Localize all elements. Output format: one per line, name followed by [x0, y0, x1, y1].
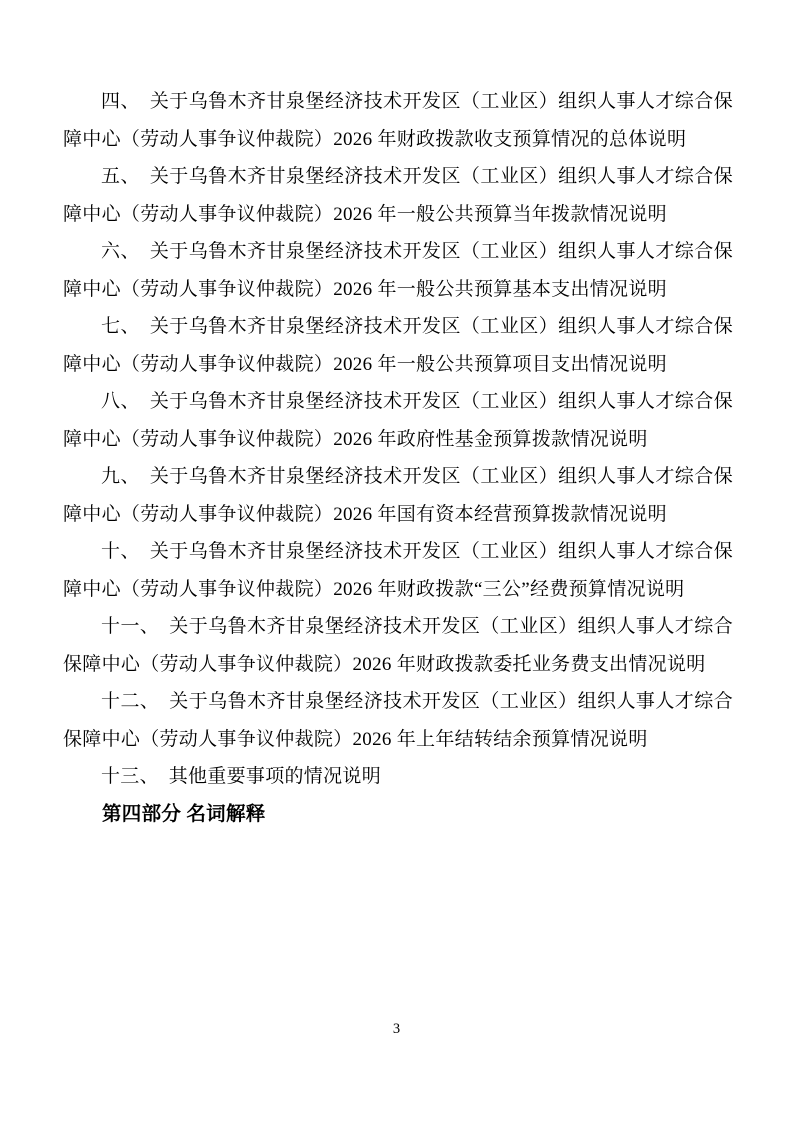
table-of-contents: 四、 关于乌鲁木齐甘泉堡经济技术开发区（工业区）组织人事人才综合保障中心（劳动人… [63, 83, 733, 833]
toc-line: 障中心（劳动人事争议仲裁院）2026 年一般公共预算当年拨款情况说明 [63, 196, 733, 234]
toc-line: 保障中心（劳动人事争议仲裁院）2026 年上年结转结余预算情况说明 [63, 721, 733, 759]
toc-line: 障中心（劳动人事争议仲裁院）2026 年一般公共预算基本支出情况说明 [63, 271, 733, 309]
toc-line: 四、 关于乌鲁木齐甘泉堡经济技术开发区（工业区）组织人事人才综合保 [63, 83, 733, 121]
toc-line: 保障中心（劳动人事争议仲裁院）2026 年财政拨款委托业务费支出情况说明 [63, 646, 733, 684]
toc-line: 八、 关于乌鲁木齐甘泉堡经济技术开发区（工业区）组织人事人才综合保 [63, 383, 733, 421]
toc-line: 十一、 关于乌鲁木齐甘泉堡经济技术开发区（工业区）组织人事人才综合 [63, 608, 733, 646]
toc-line: 十二、 关于乌鲁木齐甘泉堡经济技术开发区（工业区）组织人事人才综合 [63, 683, 733, 721]
document-page: 四、 关于乌鲁木齐甘泉堡经济技术开发区（工业区）组织人事人才综合保障中心（劳动人… [0, 0, 793, 1122]
toc-line: 九、 关于乌鲁木齐甘泉堡经济技术开发区（工业区）组织人事人才综合保 [63, 458, 733, 496]
toc-line: 十、 关于乌鲁木齐甘泉堡经济技术开发区（工业区）组织人事人才综合保 [63, 533, 733, 571]
page-footer: 3 [0, 1019, 793, 1039]
toc-line: 六、 关于乌鲁木齐甘泉堡经济技术开发区（工业区）组织人事人才综合保 [63, 233, 733, 271]
toc-line: 十三、 其他重要事项的情况说明 [63, 758, 733, 796]
toc-line: 障中心（劳动人事争议仲裁院）2026 年一般公共预算项目支出情况说明 [63, 346, 733, 384]
toc-line: 七、 关于乌鲁木齐甘泉堡经济技术开发区（工业区）组织人事人才综合保 [63, 308, 733, 346]
toc-line: 障中心（劳动人事争议仲裁院）2026 年财政拨款“三公”经费预算情况说明 [63, 571, 733, 609]
toc-line: 障中心（劳动人事争议仲裁院）2026 年政府性基金预算拨款情况说明 [63, 421, 733, 459]
toc-line: 障中心（劳动人事争议仲裁院）2026 年国有资本经营预算拨款情况说明 [63, 496, 733, 534]
toc-line: 障中心（劳动人事争议仲裁院）2026 年财政拨款收支预算情况的总体说明 [63, 121, 733, 159]
page-number: 3 [393, 1021, 400, 1037]
section-heading: 第四部分 名词解释 [63, 796, 733, 834]
toc-line: 五、 关于乌鲁木齐甘泉堡经济技术开发区（工业区）组织人事人才综合保 [63, 158, 733, 196]
